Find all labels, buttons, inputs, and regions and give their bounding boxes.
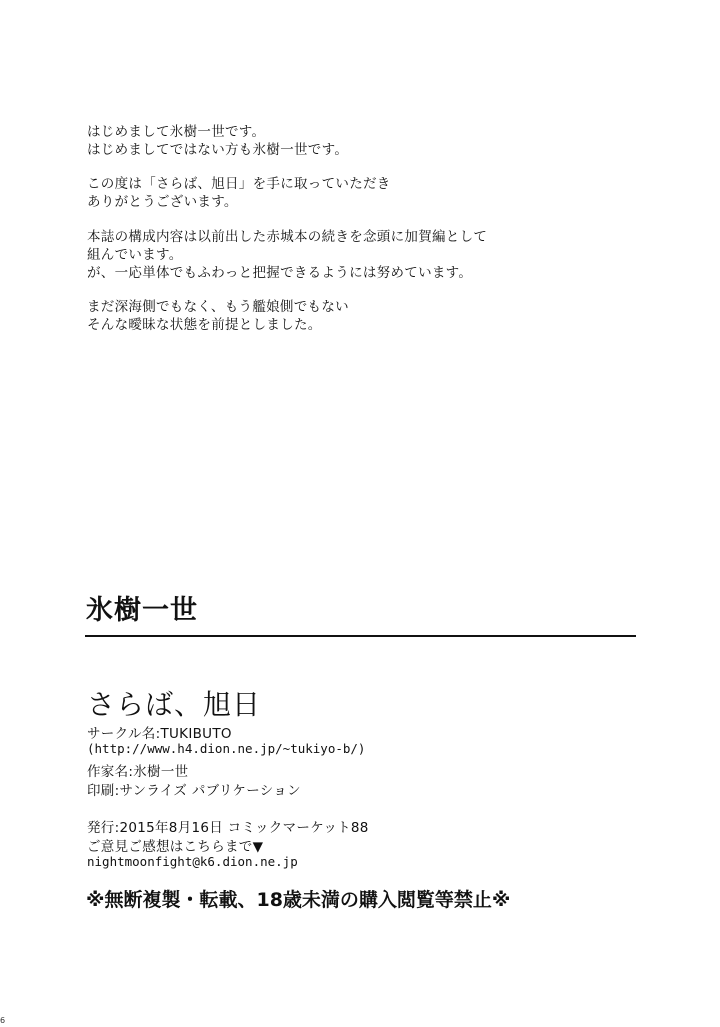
- author-name: 作家名:氷樹一世: [87, 760, 188, 780]
- issue-date: 発行:2015年8月16日 コミックマーケット88: [87, 816, 369, 836]
- afterword-line: この度は「さらば、旭日」を手に取っていただき: [87, 172, 391, 192]
- afterword-line: はじめましてではない方も氷樹一世です。: [87, 138, 348, 158]
- afterword-line: が、一応単体でもふわっと把握できるようには努めています。: [87, 261, 472, 281]
- circle-url: (http://www.h4.dion.ne.jp/~tukiyo-b/): [87, 741, 365, 756]
- afterword-line: 本誌の構成内容は以前出した赤城本の続きを念頭に加賀編として: [87, 225, 487, 245]
- feedback-label: ご意見ご感想はこちらまで▼: [87, 835, 263, 855]
- afterword-line: まだ深海側でもなく、もう艦娘側でもない: [87, 295, 349, 315]
- divider-rule: [85, 635, 636, 637]
- afterword-line: はじめまして氷樹一世です。: [87, 120, 265, 140]
- author-heading: 氷樹一世: [86, 588, 198, 627]
- contact-email: nightmoonfight@k6.dion.ne.jp: [87, 854, 298, 869]
- book-title: さらば、旭日: [87, 683, 261, 723]
- copyright-warning: ※無断複製・転載、18歳未満の購入閲覧等禁止※: [86, 885, 510, 912]
- afterword-line: 組んでいます。: [87, 243, 183, 263]
- printer: 印刷:サンライズ パブリケーション: [87, 779, 301, 799]
- page-number: 6: [0, 1016, 5, 1025]
- afterword-line: そんな曖昧な状態を前提としました。: [87, 313, 322, 333]
- afterword-line: ありがとうございます。: [87, 190, 238, 210]
- circle-name: サークル名:TUKIBUTO: [87, 722, 232, 742]
